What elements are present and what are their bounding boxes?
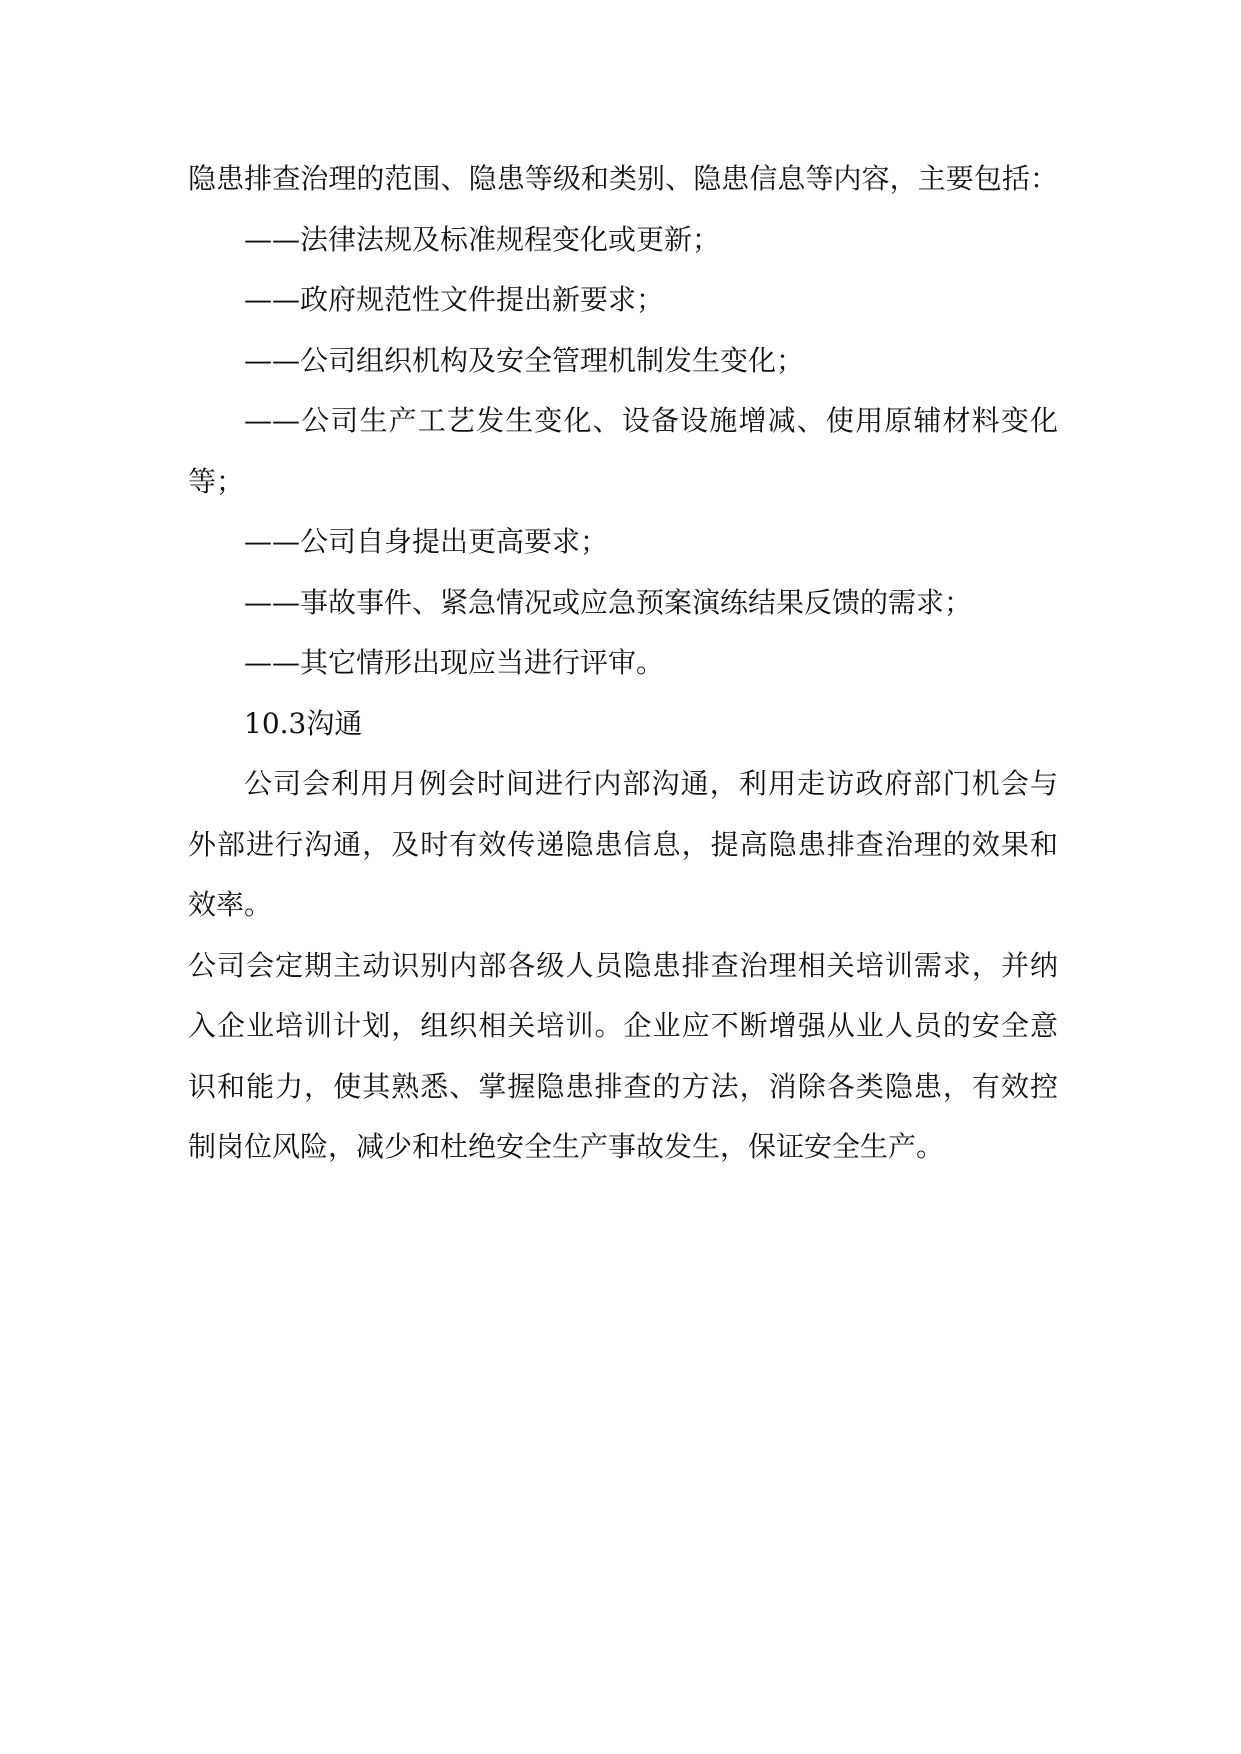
list-item-incident-feedback: ——事故事件、紧急情况或应急预案演练结果反馈的需求；	[188, 582, 1058, 643]
list-item-organization-change: ——公司组织机构及安全管理机制发生变化；	[188, 340, 1058, 401]
paragraph-communication-line-1: 公司会利用月例会时间进行内部沟通，利用走访政府部门机会与	[188, 763, 1058, 824]
list-item-higher-requirements: ——公司自身提出更高要求；	[188, 521, 1058, 582]
list-item-process-change-cont: 等；	[188, 461, 1058, 522]
paragraph-training-line-4: 制岗位风险，减少和杜绝安全生产事故发生，保证安全生产。	[188, 1126, 1058, 1187]
list-item-other-situations: ——其它情形出现应当进行评审。	[188, 642, 1058, 703]
section-heading-communication: 10.3沟通	[188, 703, 1058, 764]
paragraph-training-line-1: 公司会定期主动识别内部各级人员隐患排查治理相关培训需求，并纳	[188, 945, 1058, 1006]
list-item-process-change: ——公司生产工艺发生变化、设备设施增减、使用原辅材料变化	[188, 400, 1058, 461]
list-item-laws-regulations: ——法律法规及标准规程变化或更新；	[188, 219, 1058, 280]
paragraph-communication-line-3: 效率。	[188, 884, 1058, 945]
paragraph-training-line-2: 入企业培训计划，组织相关培训。企业应不断增强从业人员的安全意	[188, 1005, 1058, 1066]
paragraph-communication-line-2: 外部进行沟通，及时有效传递隐患信息，提高隐患排查治理的效果和	[188, 824, 1058, 885]
document-page: 隐患排查治理的范围、隐患等级和类别、隐患信息等内容，主要包括： ——法律法规及标…	[188, 158, 1058, 1187]
paragraph-training-line-3: 识和能力，使其熟悉、掌握隐患排查的方法，消除各类隐患，有效控	[188, 1066, 1058, 1127]
list-item-government-documents: ——政府规范性文件提出新要求；	[188, 279, 1058, 340]
paragraph-intro-line: 隐患排查治理的范围、隐患等级和类别、隐患信息等内容，主要包括：	[188, 158, 1058, 219]
